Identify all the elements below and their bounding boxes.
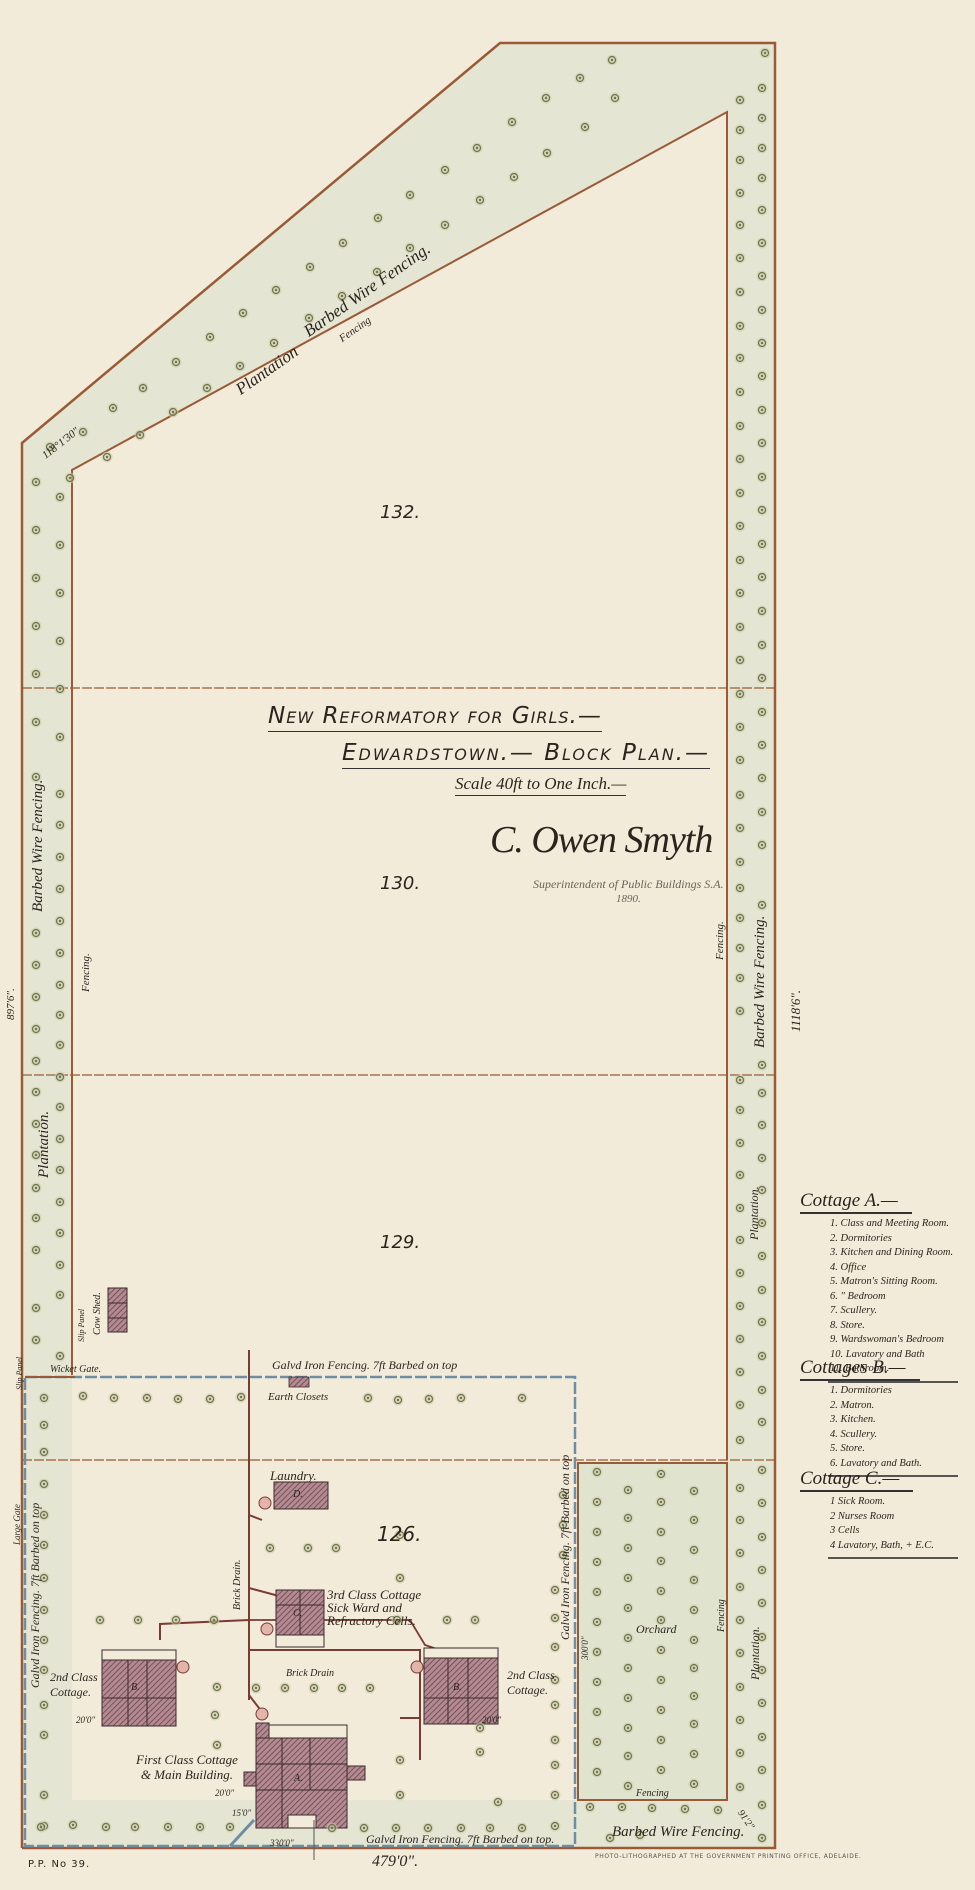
legend-divider [828, 1557, 958, 1559]
legend-cottage-c: Cottage C.— 1 Sick Room. 2 Nurses Room 3… [800, 1468, 958, 1563]
legend-item: 1. Dormitories [830, 1384, 958, 1399]
enclosure-right-fence-label: Galvd Iron Fencing. 7ft Barbed on top [558, 1455, 573, 1640]
legend-item: 1. Class and Meeting Room. [830, 1217, 958, 1232]
earth-closets-label: Earth Closets [268, 1391, 328, 1403]
third-class-cottage-label: 3rd Class CottageSick Ward andRefractory… [327, 1588, 421, 1627]
legend-cottages-b: Cottages B.— 1. Dormitories 2. Matron. 3… [800, 1357, 958, 1481]
legend-cottage-c-heading: Cottage C.— [800, 1468, 913, 1492]
legend-item: 4. Office [830, 1261, 958, 1276]
right-fencing-label: Fencing. [714, 921, 726, 960]
legend-item: 5. Store. [830, 1442, 958, 1457]
first-class-cottage-label: First Class Cottage& Main Building. [136, 1752, 238, 1782]
cow-shed-label: Cow Shed. [92, 1292, 103, 1335]
bottom-barbed-wire-label: Barbed Wire Fencing. [612, 1824, 744, 1841]
cow-shed [108, 1288, 127, 1332]
cottage-c-mark: C. [293, 1608, 302, 1619]
brick-drain-horizontal-label: Brick Drain [286, 1668, 334, 1679]
dimension-20ft-left: 20'0" [76, 1715, 95, 1725]
earth-closets [289, 1377, 309, 1387]
legend-item: 9. Wardswoman's Bedroom [830, 1333, 958, 1348]
signatory-title: Superintendent of Public Buildings S.A. [533, 877, 724, 892]
orchard-fencing-bottom-label: Fencing [636, 1788, 669, 1799]
legend-item: 3. Kitchen and Dining Room. [830, 1246, 958, 1261]
large-gate-label[interactable]: Large Gate [12, 1504, 22, 1545]
wicket-gate-label[interactable]: Wicket Gate. [50, 1364, 101, 1375]
legend-item: 3. Kitchen. [830, 1413, 958, 1428]
signature: C. Owen Smyth [490, 818, 712, 862]
legend-item: 4 Lavatory, Bath, + E.C. [830, 1539, 958, 1554]
legend-item: 2. Matron. [830, 1399, 958, 1414]
enclosure-bottom-fence-label: Galvd Iron Fencing. 7ft Barbed on top. [366, 1832, 554, 1847]
legend-item: 8. Store. [830, 1319, 958, 1334]
enclosure-inner-dimension: 330'0" [270, 1838, 294, 1848]
printer-credit: PHOTO-LITHOGRAPHED AT THE GOVERNMENT PRI… [595, 1853, 861, 1860]
legend-item: 1 Sick Room. [830, 1495, 958, 1510]
dimension-15ft: 15'0" [232, 1808, 251, 1818]
legend-item: 7. Scullery. [830, 1304, 958, 1319]
lot-129: 129. [380, 1232, 420, 1253]
left-dimension: 897'6". [5, 988, 17, 1020]
second-class-cottage-left-label: 2nd ClassCottage. [50, 1670, 98, 1700]
slip-panel-right-label: Slip Panel [77, 1309, 86, 1342]
left-plantation-label: Plantation. [36, 1111, 53, 1178]
title-line-1: New Reformatory for Girls.— [268, 703, 602, 732]
lower-right-plantation-label: Plantation. [748, 1626, 763, 1680]
second-class-cottage-right-label: 2nd ClassCottage. [507, 1668, 555, 1698]
laundry-label: Laundry. [270, 1468, 317, 1484]
plan-year: 1890. [616, 893, 641, 905]
legend-item: 6. " Bedroom [830, 1290, 958, 1305]
dimension-20ft-right: 20'0" [482, 1715, 501, 1725]
laundry-mark: D. [293, 1489, 303, 1500]
enclosure-left-fence-label: Galvd Iron Fencing. 7ft Barbed on top [28, 1503, 43, 1688]
plate-number: P.P. No 39. [28, 1859, 90, 1870]
legend-cottage-a-heading: Cottage A.— [800, 1190, 912, 1214]
dimension-20ft-main: 20'0" [215, 1788, 234, 1798]
left-fencing-label: Fencing. [80, 953, 92, 992]
block-plan-drawing [0, 0, 975, 1890]
legend-item: 2. Dormitories [830, 1232, 958, 1247]
lot-126: 126. [377, 1522, 422, 1546]
orchard-fencing-right-label: Fencing [716, 1599, 727, 1632]
legend-item: 3 Cells [830, 1524, 958, 1539]
upper-right-plantation-label: Plantation. [747, 1186, 762, 1240]
title-line-2: Edwardstown.— Block Plan.— [342, 740, 710, 769]
cottage-b-left [102, 1660, 176, 1726]
bottom-dimension: 479'0". [372, 1853, 418, 1871]
cottage-b-left-mark: B. [131, 1682, 140, 1693]
legend-item: 2 Nurses Room [830, 1510, 958, 1525]
inner-fence [72, 112, 727, 1460]
cottage-a-mark: A. [294, 1773, 303, 1784]
orchard-label: Orchard [636, 1622, 676, 1637]
scale-note: Scale 40ft to One Inch.— [455, 774, 626, 796]
right-dimension: 1118'6". [788, 990, 804, 1032]
right-barbed-wire-label: Barbed Wire Fencing. [752, 916, 769, 1048]
enclosure-top-fence-label: Galvd Iron Fencing. 7ft Barbed on top [272, 1358, 457, 1373]
lot-132: 132. [380, 502, 420, 523]
brick-drain-vertical-label: Brick Drain. [232, 1559, 243, 1610]
lot-130: 130. [380, 873, 420, 894]
cottage-b-right-mark: B. [453, 1682, 462, 1693]
legend-item: 4. Scullery. [830, 1428, 958, 1443]
slip-panel-left-label: Slip Panel [15, 1357, 24, 1390]
legend-cottages-b-heading: Cottages B.— [800, 1357, 920, 1381]
brick-drain [160, 1350, 420, 1760]
left-barbed-wire-label: Barbed Wire Fencing. [30, 780, 47, 912]
legend-item: 5. Matron's Sitting Room. [830, 1275, 958, 1290]
enclosure-right-dimension: 300'0" [580, 1636, 590, 1660]
cottage-a-main-building [244, 1708, 365, 1828]
